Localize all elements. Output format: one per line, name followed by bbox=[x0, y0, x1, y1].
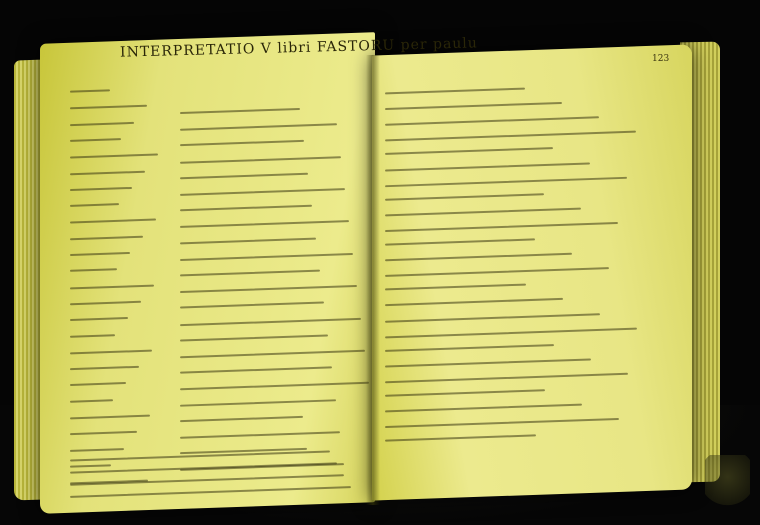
right-page bbox=[372, 44, 692, 500]
watermark-logo bbox=[705, 455, 750, 510]
manuscript-photo: INTERPRETATIO V libri FASTORU per paulu … bbox=[0, 0, 760, 525]
book-gutter bbox=[366, 55, 380, 505]
folio-number: 123 bbox=[652, 54, 669, 64]
